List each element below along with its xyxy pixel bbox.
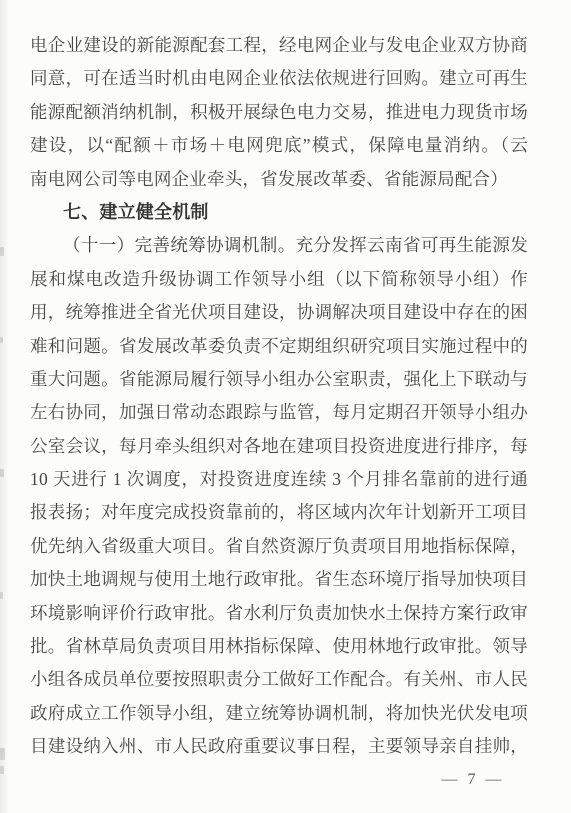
text-line: 能源配额消纳机制，积极开展绿色电力交易，推进电力现货市场 (30, 96, 528, 129)
text-line: 10 天进行 1 次调度，对投资进度连续 3 个月排名靠前的进行通 (30, 463, 528, 496)
text-line: 加快土地调规与使用土地行政审批。省生态环境厅指导加快项目 (30, 563, 528, 596)
section-heading: 七、建立健全机制 (30, 196, 528, 229)
text-line: 南电网公司等电网企业牵头，省发展改革委、省能源局配合） (30, 163, 528, 196)
text-line: 政府成立工作领导小组，建立统筹协调机制，将加快光伏发电项 (30, 697, 528, 730)
text-line: 公室会议，每月牵头组织对各地在建项目投资进度进行排序，每 (30, 430, 528, 463)
clause-first-line-rest: 充分发挥云南省可再生能源发 (296, 235, 528, 255)
scan-speck (0, 337, 3, 343)
scanned-document-page: 电企业建设的新能源配套工程，经电网企业与发电企业双方协商 同意，可在适当时机由电… (0, 0, 571, 813)
text-line: 批。省林草局负责项目用林指标保障、使用林地行政审批。领导 (30, 630, 528, 663)
scan-speck (0, 748, 5, 760)
text-line: 展和煤电改造升级协调工作领导小组（以下简称领导小组）作 (30, 263, 528, 296)
scan-speck (0, 469, 4, 477)
scan-speck (0, 592, 3, 599)
text-line: 电企业建设的新能源配套工程，经电网企业与发电企业双方协商 (30, 29, 528, 62)
text-line: 用，统筹推进全省光伏项目建设，协调解决项目建设中存在的困 (30, 296, 528, 329)
text-line: 左右协同，加强日常动态跟踪与监管，每月定期召开领导小组办 (30, 396, 528, 429)
clause-title: （十一）完善统筹协调机制。 (63, 235, 296, 255)
text-line: 优先纳入省级重大项目。省自然资源厅负责项目用地指标保障， (30, 530, 528, 563)
text-line: 建设，以“配额＋市场＋电网兜底”模式，保障电量消纳。（云 (30, 129, 528, 162)
text-line: 报表扬；对年度完成投资靠前的，将区域内次年计划新开工项目 (30, 496, 528, 529)
text-line: 目建设纳入州、市人民政府重要议事日程，主要领导亲自挂帅， (30, 730, 528, 763)
text-line: 重大问题。省能源局履行领导小组办公室职责，强化上下联动与 (30, 363, 528, 396)
text-line: 同意，可在适当时机由电网企业依法依规进行回购。建立可再生 (30, 62, 528, 95)
scan-speck (0, 247, 4, 256)
page-number: — 7 — (430, 766, 516, 794)
text-line: 小组各成员单位要按照职责分工做好工作配合。有关州、市人民 (30, 663, 528, 696)
document-body: 电企业建设的新能源配套工程，经电网企业与发电企业双方协商 同意，可在适当时机由电… (30, 29, 528, 764)
text-line: 难和问题。省发展改革委负责不定期组织研究项目实施过程中的 (30, 330, 528, 363)
text-line: 环境影响评价行政审批。省水利厅负责加快水土保持方案行政审 (30, 597, 528, 630)
text-line: （十一）完善统筹协调机制。充分发挥云南省可再生能源发 (30, 229, 528, 262)
scan-speck (0, 766, 4, 774)
